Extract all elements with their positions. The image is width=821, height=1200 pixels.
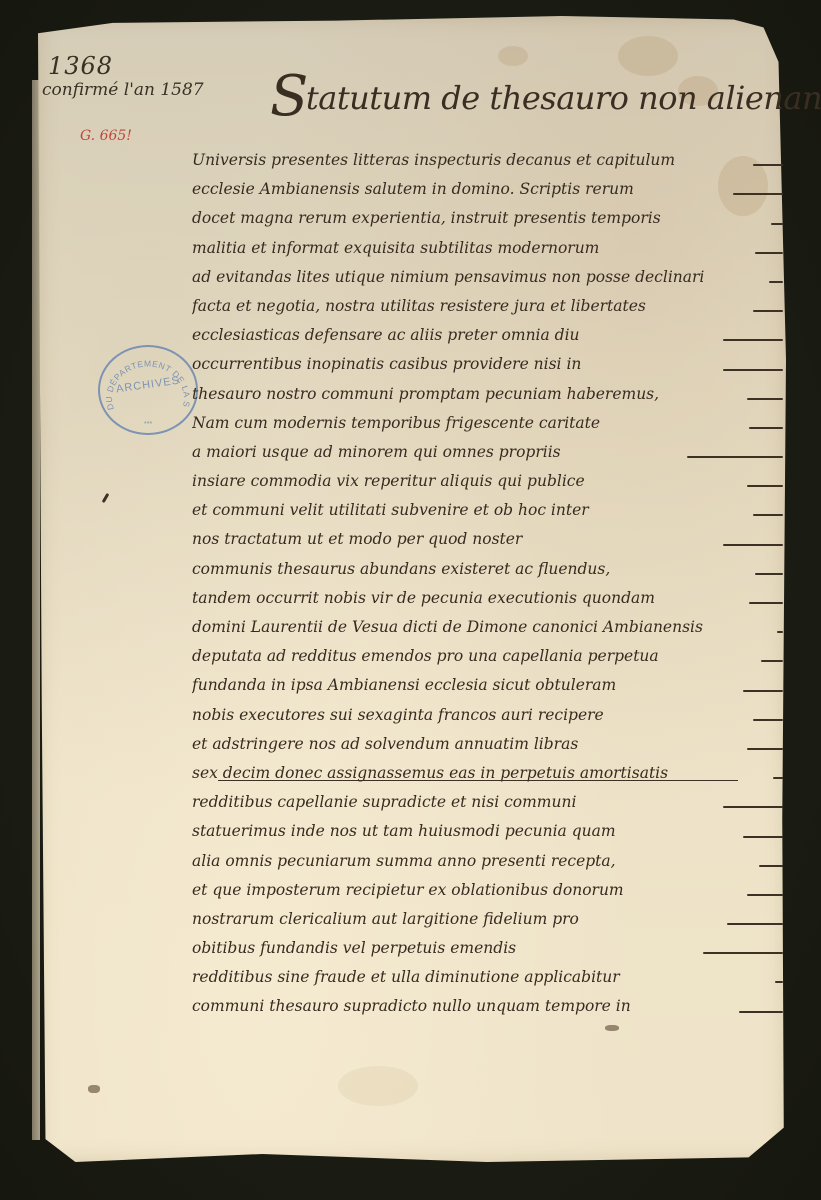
line-text: alia omnis pecuniarum summa anno present… — [192, 847, 616, 876]
line-filler-stroke — [733, 193, 783, 195]
line-text: et que imposterum recipietur ex oblation… — [192, 876, 624, 905]
manuscript-line: redditibus sine fraude et ulla diminutio… — [192, 963, 787, 992]
manuscript-line: nobis executores sui sexaginta francos a… — [192, 701, 787, 730]
title-initial: S — [270, 64, 308, 129]
manuscript-line: Universis presentes litteras inspecturis… — [192, 146, 787, 175]
line-filler-stroke — [775, 981, 783, 983]
line-text: docet magna rerum experientia, instruit … — [192, 204, 661, 233]
manuscript-line: obitibus fundandis vel perpetuis emendis — [192, 934, 787, 963]
line-text: fundanda in ipsa Ambianensi ecclesia sic… — [192, 671, 616, 700]
year-annotation: 1368 — [48, 52, 113, 80]
archives-stamp: DU DÉPARTEMENT DE LA SOMME *** ARCHIVES — [98, 345, 198, 435]
line-text: insiare commodia vix reperitur aliquis q… — [192, 467, 585, 496]
underline-rule — [218, 780, 738, 781]
line-filler-stroke — [747, 398, 783, 400]
manuscript-line: Nam cum modernis temporibus frigescente … — [192, 409, 787, 438]
line-filler-stroke — [747, 894, 783, 896]
line-text: et adstringere nos ad solvendum annuatim… — [192, 730, 578, 759]
line-filler-stroke — [743, 690, 783, 692]
paper-tear — [88, 1085, 100, 1093]
title-text: tatutum de thesauro non alienando — [306, 79, 821, 117]
line-text: thesauro nostro communi promptam pecunia… — [192, 380, 659, 409]
line-text: ecclesiasticas defensare ac aliis preter… — [192, 321, 580, 350]
manuscript-line: malitia et informat exquisita subtilitas… — [192, 234, 787, 263]
manuscript-line: insiare commodia vix reperitur aliquis q… — [192, 467, 787, 496]
line-filler-stroke — [747, 748, 783, 750]
line-text: nos tractatum ut et modo per quod noster — [192, 525, 522, 554]
manuscript-line: nostrarum clericalium aut largitione fid… — [192, 905, 787, 934]
line-text: deputata ad redditus emendos pro una cap… — [192, 642, 659, 671]
line-filler-stroke — [753, 514, 783, 516]
line-text: et communi velit utilitati subvenire et … — [192, 496, 589, 525]
shelfmark-annotation: G. 665! — [80, 128, 132, 144]
confirmation-annotation: confirmé l'an 1587 — [42, 80, 204, 100]
line-text: a maiori usque ad minorem qui omnes prop… — [192, 438, 561, 467]
line-text: occurrentibus inopinatis casibus provide… — [192, 350, 581, 379]
line-filler-stroke — [769, 281, 783, 283]
line-text: sex decim donec assignassemus eas in per… — [192, 759, 668, 788]
manuscript-line: et communi velit utilitati subvenire et … — [192, 496, 787, 525]
line-text: facta et negotia, nostra utilitas resist… — [192, 292, 646, 321]
line-text: nostrarum clericalium aut largitione fid… — [192, 905, 579, 934]
line-text: redditibus sine fraude et ulla diminutio… — [192, 963, 620, 992]
line-text: nobis executores sui sexaginta francos a… — [192, 701, 604, 730]
manuscript-line: fundanda in ipsa Ambianensi ecclesia sic… — [192, 671, 787, 700]
manuscript-line: docet magna rerum experientia, instruit … — [192, 204, 787, 233]
line-filler-stroke — [749, 427, 783, 429]
binding-edge — [32, 80, 40, 1140]
line-text: statuerimus inde nos ut tam huiusmodi pe… — [192, 817, 616, 846]
manuscript-line: occurrentibus inopinatis casibus provide… — [192, 350, 787, 379]
manuscript-line: deputata ad redditus emendos pro una cap… — [192, 642, 787, 671]
manuscript-line: tandem occurrit nobis vir de pecunia exe… — [192, 584, 787, 613]
line-text: ad evitandas lites utique nimium pensavi… — [192, 263, 704, 292]
manuscript-line: redditibus capellanie supradicte et nisi… — [192, 788, 787, 817]
line-text: communi thesauro supradicto nullo unquam… — [192, 992, 631, 1021]
manuscript-line: ecclesie Ambianensis salutem in domino. … — [192, 175, 787, 204]
line-filler-stroke — [755, 573, 783, 575]
line-filler-stroke — [759, 865, 783, 867]
line-filler-stroke — [687, 456, 783, 458]
manuscript-body: Universis presentes litteras inspecturis… — [192, 146, 787, 1022]
line-filler-stroke — [703, 952, 783, 954]
manuscript-line: nos tractatum ut et modo per quod noster — [192, 525, 787, 554]
line-text: domini Laurentii de Vesua dicti de Dimon… — [192, 613, 703, 642]
manuscript-line: communis thesaurus abundans existeret ac… — [192, 555, 787, 584]
line-filler-stroke — [771, 223, 783, 225]
manuscript-line: ad evitandas lites utique nimium pensavi… — [192, 263, 787, 292]
line-filler-stroke — [755, 252, 783, 254]
line-filler-stroke — [723, 339, 783, 341]
line-filler-stroke — [753, 164, 783, 166]
line-filler-stroke — [739, 1011, 783, 1013]
line-filler-stroke — [723, 544, 783, 546]
line-filler-stroke — [723, 369, 783, 371]
line-text: tandem occurrit nobis vir de pecunia exe… — [192, 584, 655, 613]
line-text: communis thesaurus abundans existeret ac… — [192, 555, 610, 584]
line-filler-stroke — [747, 485, 783, 487]
line-filler-stroke — [777, 631, 783, 633]
line-filler-stroke — [743, 836, 783, 838]
line-filler-stroke — [753, 310, 783, 312]
line-text: ecclesie Ambianensis salutem in domino. … — [192, 175, 634, 204]
manuscript-line: et adstringere nos ad solvendum annuatim… — [192, 730, 787, 759]
manuscript-line: domini Laurentii de Vesua dicti de Dimon… — [192, 613, 787, 642]
line-filler-stroke — [749, 602, 783, 604]
line-filler-stroke — [723, 806, 783, 808]
line-text: malitia et informat exquisita subtilitas… — [192, 234, 599, 263]
manuscript-line: statuerimus inde nos ut tam huiusmodi pe… — [192, 817, 787, 846]
manuscript-line: communi thesauro supradicto nullo unquam… — [192, 992, 787, 1021]
manuscript-line: alia omnis pecuniarum summa anno present… — [192, 847, 787, 876]
line-filler-stroke — [753, 719, 783, 721]
line-filler-stroke — [773, 777, 783, 779]
paper-blemish — [605, 1025, 619, 1031]
manuscript-line: ecclesiasticas defensare ac aliis preter… — [192, 321, 787, 350]
line-filler-stroke — [761, 660, 783, 662]
document-title: Statutum de thesauro non alienando — [270, 64, 821, 129]
line-text: Nam cum modernis temporibus frigescente … — [192, 409, 600, 438]
svg-text:***: *** — [144, 421, 152, 428]
line-text: obitibus fundandis vel perpetuis emendis — [192, 934, 516, 963]
manuscript-line: facta et negotia, nostra utilitas resist… — [192, 292, 787, 321]
manuscript-line: sex decim donec assignassemus eas in per… — [192, 759, 787, 788]
line-text: Universis presentes litteras inspecturis… — [192, 146, 675, 175]
manuscript-line: thesauro nostro communi promptam pecunia… — [192, 380, 787, 409]
line-text: redditibus capellanie supradicte et nisi… — [192, 788, 576, 817]
manuscript-line: et que imposterum recipietur ex oblation… — [192, 876, 787, 905]
manuscript-line: a maiori usque ad minorem qui omnes prop… — [192, 438, 787, 467]
line-filler-stroke — [727, 923, 783, 925]
